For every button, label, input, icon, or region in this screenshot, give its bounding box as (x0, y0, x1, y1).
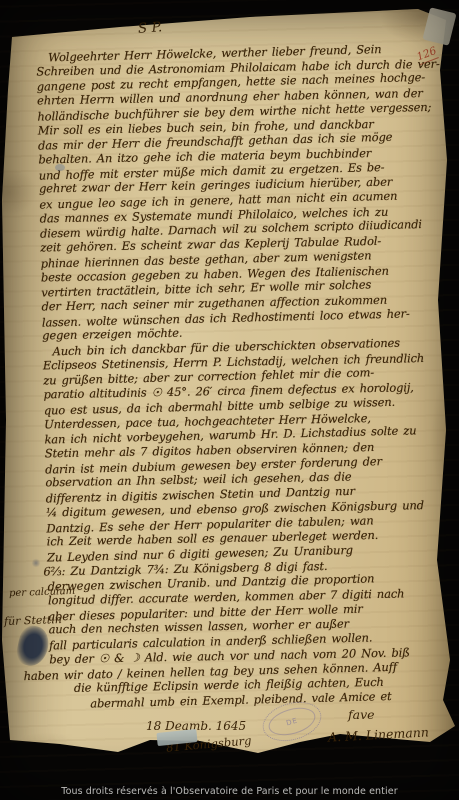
blue-smudge (55, 164, 65, 171)
letter-body: Wolgeehrter Herr Höwelcke, werther liebe… (36, 41, 456, 711)
manuscript-photo: S P. 126 Wolgeehrter Herr Höwelcke, wert… (0, 0, 459, 800)
copyright-caption: Tous droits réservés à l'Observatoire de… (0, 786, 459, 797)
stamp-text: DE (285, 716, 299, 727)
salutation-mark: S P. (137, 19, 162, 37)
margin-note-per-calculum: per calculum (9, 586, 76, 599)
closing-farewell: fave (348, 707, 375, 722)
ink-smudge (32, 558, 40, 568)
